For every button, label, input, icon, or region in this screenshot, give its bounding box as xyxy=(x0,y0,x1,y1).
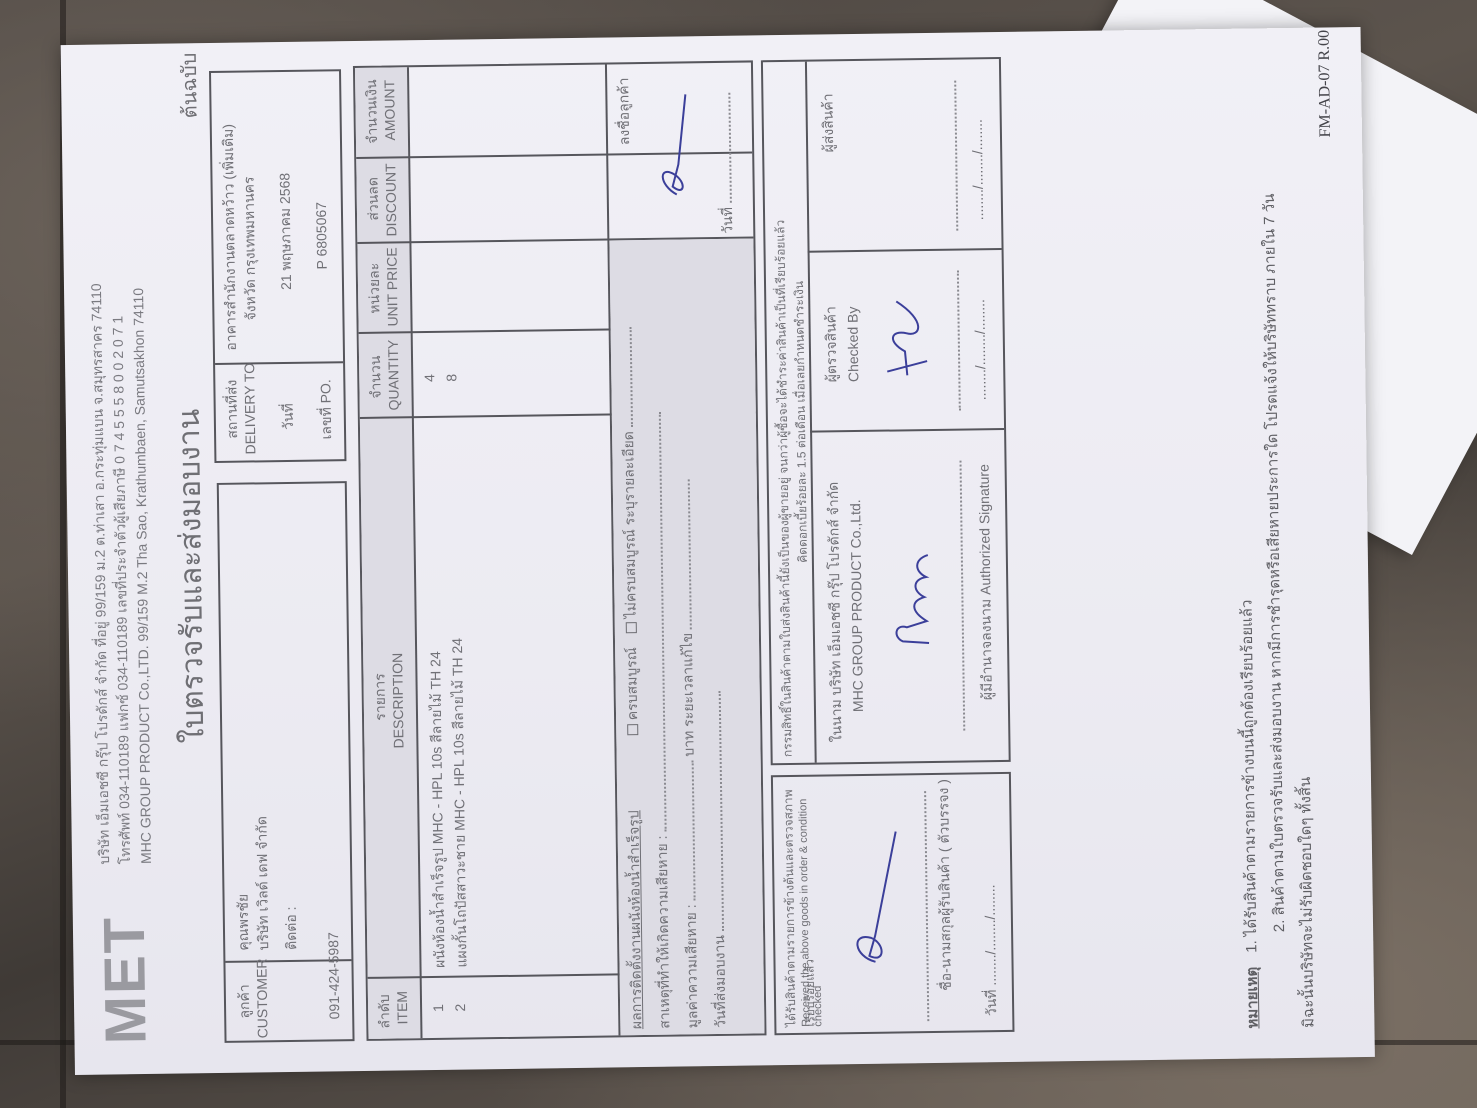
damage-value-label: มูลค่าความเสียหาย : xyxy=(683,904,701,1028)
remarks: หมายเหตุ1. ได้รับสินค้าตามรายการข้างบนนี… xyxy=(1228,193,1324,1029)
customer-box: ลูกค้า CUSTOMER คุณพรชัย บริษัท เวิลด์ เ… xyxy=(217,481,355,1043)
delivery-date-field[interactable] xyxy=(719,691,724,931)
divider xyxy=(808,248,1002,253)
po-label: เลขที่ PO. xyxy=(315,379,338,439)
customer-label-en: CUSTOMER xyxy=(253,958,270,1038)
delivery-box: สถานที่ส่ง DELIVERY TO วันที่ เลขที่ PO.… xyxy=(209,69,346,463)
col-unit-en: UNIT PRICE xyxy=(383,247,400,326)
company-logo: MET xyxy=(91,915,160,1044)
sender-date[interactable]: ......../......../........ xyxy=(969,119,986,220)
authorized-signature xyxy=(890,541,946,652)
date-label: วันที่ xyxy=(278,403,300,430)
on-behalf-en: MHC GROUP PRODUCT Co.,Ltd. xyxy=(847,499,866,712)
receiver-signature-line[interactable] xyxy=(924,791,929,1021)
row-description: แผงกั้นโถปัสสาวะชาย MHC - HPL 10s สีลายไ… xyxy=(447,638,474,968)
customer-date-row: วันที่ xyxy=(715,93,739,234)
checker-signature-line[interactable] xyxy=(957,271,961,411)
detail-field[interactable] xyxy=(630,327,633,427)
customer-sign-label: ลงชื่อลูกค้า xyxy=(613,77,636,145)
sender-label: ผู้ส่งสินค้า xyxy=(817,93,840,152)
col-discount-en: DISCOUNT xyxy=(382,163,399,236)
remarks-heading: หมายเหตุ xyxy=(1244,967,1262,1029)
form-code: FM-AD-07 R.00 xyxy=(1316,30,1336,138)
col-desc-en: DESCRIPTION xyxy=(389,653,406,749)
option-incomplete-label: ไม่ครบสมบูรณ์ ระบุรายละเอียด xyxy=(620,431,639,618)
cause-field[interactable] xyxy=(659,412,667,832)
option-complete-label: ครบสมบูรณ์ xyxy=(623,647,640,720)
po-number: P 6805067 xyxy=(313,202,330,270)
company-sign-box: กรรมสิทธิ์ในสินค้าตามใบส่งสินค้านี้ยังเป… xyxy=(761,57,1011,765)
delivery-date-row: วันที่ส่งมอบงาน xyxy=(706,691,733,1028)
row-item: 1 xyxy=(430,1004,446,1012)
receiver-box: ได้รับสินค้าตามรายการข้างต้นและตรวจสภาพเ… xyxy=(771,772,1015,1035)
remark-item: 1. ได้รับสินค้าตามรายการข้างบนนี้ถูกต้อง… xyxy=(1238,600,1260,953)
delivery-label-en: DELIVERY TO xyxy=(241,363,258,455)
cause-label: สาเหตุที่ทำให้เกิดความเสียหาย : xyxy=(654,836,673,1029)
company-info: บริษัท เอ็มเอชซี กรุ๊ป โปรดักส์ จำกัด ที… xyxy=(86,283,157,865)
receiver-signature xyxy=(844,821,910,972)
checker-date[interactable]: ......../......../........ xyxy=(971,299,988,400)
contact-label: ติดต่อ : xyxy=(281,906,304,950)
damage-value-field[interactable] xyxy=(692,760,696,900)
authorized-signature-line[interactable] xyxy=(960,461,966,731)
row-quantity: 4 xyxy=(421,374,437,382)
copy-label: ต้นฉบับ xyxy=(173,52,206,118)
incomplete-checkbox[interactable] xyxy=(626,622,637,633)
customer-date-field[interactable] xyxy=(728,93,732,203)
divider xyxy=(215,361,343,365)
timeframe-field[interactable] xyxy=(688,479,692,629)
delivery-date-label: วันที่ส่งมอบงาน xyxy=(711,935,728,1028)
delivery-inspection-form: MET บริษัท เอ็มเอชซี กรุ๊ป โปรดักส์ จำกั… xyxy=(61,27,1375,1075)
inspection-result-label: ผลการติดตั้งงานผนังห้องน้ำสำเร็จรูป xyxy=(623,810,648,1029)
complete-checkbox[interactable] xyxy=(627,724,638,735)
customer-signature xyxy=(655,84,701,205)
col-amount-en: AMOUNT xyxy=(381,80,398,141)
paper-sheet: MET บริษัท เอ็มเอชซี กรุ๊ป โปรดักส์ จำกั… xyxy=(61,27,1375,1075)
on-behalf-th: ในนาม บริษัท เอ็มเอชซี กรุ๊ป โปรดักส์ จำ… xyxy=(823,482,849,743)
customer-company: บริษัท เวิลด์ เดฟ จำกัด xyxy=(251,816,275,951)
authorized-label: ผู้มีอำนาจลงนาม Authorized Signature xyxy=(974,464,999,700)
divider xyxy=(810,428,1004,433)
baht-label: บาท xyxy=(680,731,696,757)
receiver-date-label: วันที่ xyxy=(983,989,999,1016)
timeframe-label: ระยะเวลาแก้ไข xyxy=(679,633,696,727)
checker-label-en: Checked By xyxy=(844,306,861,382)
row-item: 2 xyxy=(452,1004,468,1012)
receiver-date-row: วันที่ ......../......../........ xyxy=(979,884,1003,1016)
delivery-date: 21 พฤษภาคม 2568 xyxy=(274,173,298,290)
col-item-en: ITEM xyxy=(394,991,410,1025)
customer-date-label: วันที่ xyxy=(719,207,735,234)
inspection-result-text: ผลการติดตั้งงานผนังห้องน้ำสำเร็จรูป xyxy=(625,810,644,1029)
receiver-name-label: ชื่อ-นามสกุลผู้รับสินค้า ( ตัวบรรจง ) xyxy=(933,779,958,991)
received-en: Received the above goods in order & cond… xyxy=(797,777,824,1027)
items-table: ลำดับ ITEM รายการ DESCRIPTION จำนวน QUAN… xyxy=(353,60,767,1040)
row-quantity: 8 xyxy=(443,374,459,382)
receiver-date-field[interactable]: ......../......../........ xyxy=(981,884,998,985)
col-qty-en: QUANTITY xyxy=(385,340,402,411)
checker-label-th: ผู้ตรวจสินค้า xyxy=(820,306,843,383)
contact-phone: 091-424-5987 xyxy=(325,932,342,1019)
checker-signature xyxy=(876,291,941,382)
sender-signature-line[interactable] xyxy=(954,81,958,231)
document-title: ใบตรวจรับและส่งมอบงาน xyxy=(166,409,218,744)
delivery-place-line2: จังหวัด กรุงเทพมหานคร xyxy=(238,176,262,320)
